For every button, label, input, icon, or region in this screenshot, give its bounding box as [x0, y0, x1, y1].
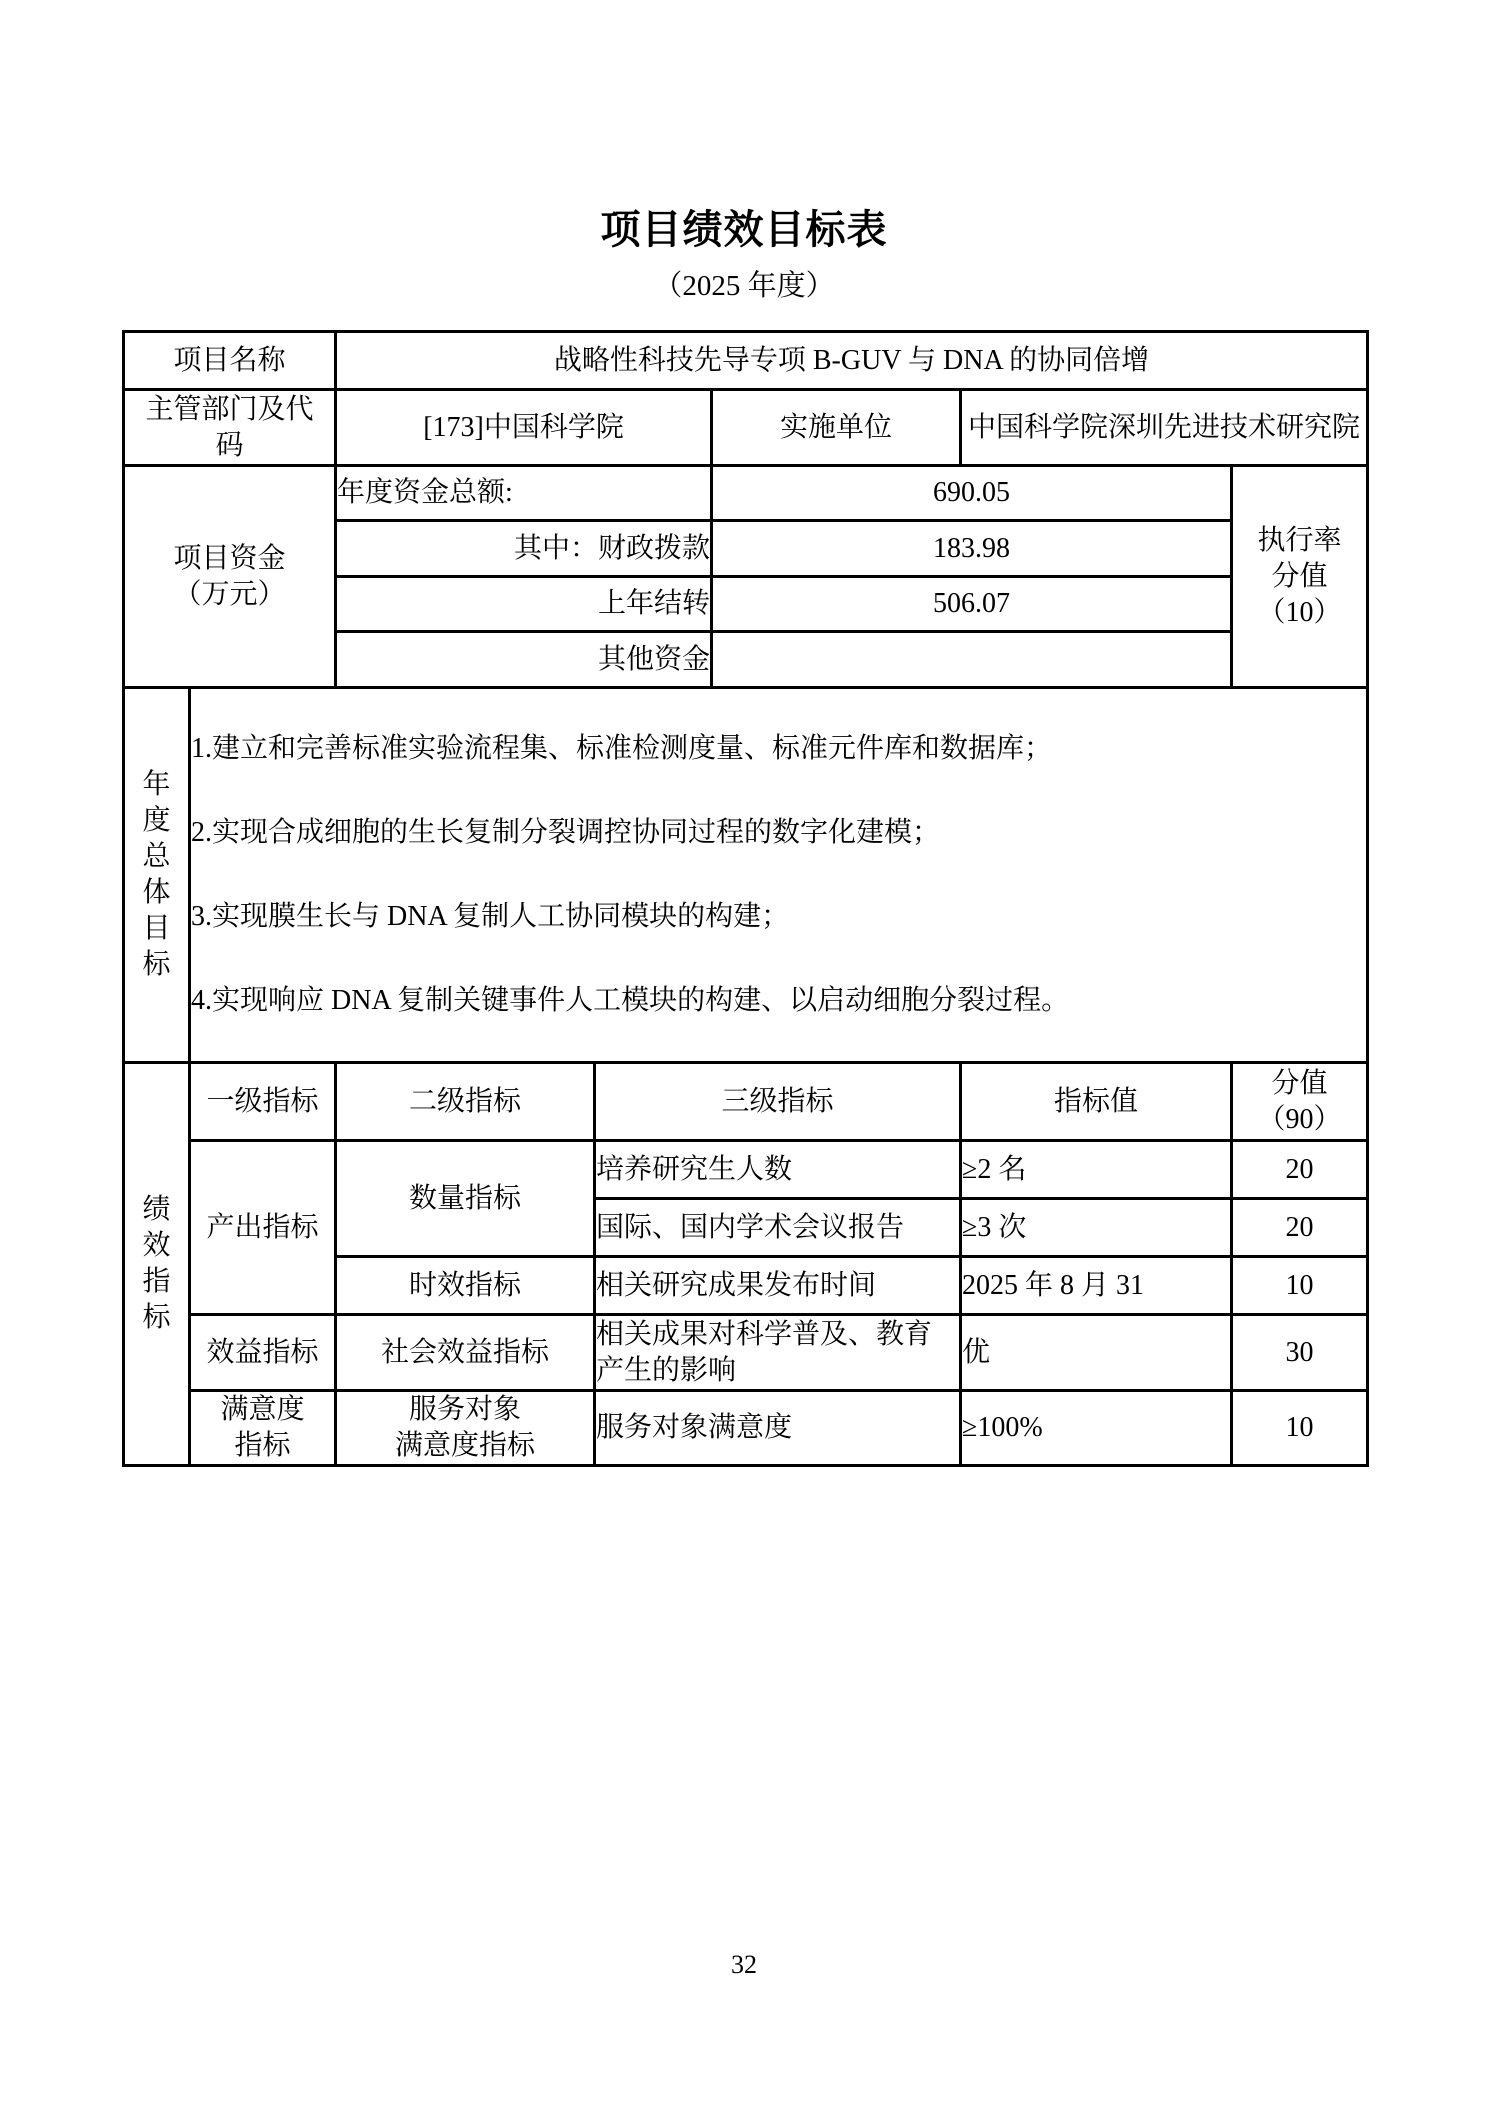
table-row: 主管部门及代 码 [173]中国科学院 实施单位 中国科学院深圳先进技术研究院	[124, 390, 1368, 466]
funds-other-label: 其他资金	[336, 632, 712, 688]
page-number: 32	[0, 1950, 1488, 1980]
indicators-label: 绩 效 指 标	[124, 1063, 190, 1466]
group-service-satisfaction: 服务对象 满意度指标	[336, 1391, 595, 1466]
table-row: 效益指标 社会效益指标 相关成果对科学普及、教育 产生的影响 优 30	[124, 1315, 1368, 1391]
page-subtitle: （2025 年度）	[0, 266, 1488, 306]
group-benefit: 效益指标	[190, 1315, 336, 1391]
annual-goal-label: 年 度 总 体 目 标	[124, 688, 190, 1063]
indicator-l3: 相关成果对科学普及、教育 产生的影响	[595, 1315, 961, 1391]
indicator-value: ≥100%	[961, 1391, 1232, 1466]
funds-other-value	[712, 632, 1232, 688]
annual-goal-text: 1.建立和完善标准实验流程集、标准检测度量、标准元件库和数据库； 2.实现合成细…	[190, 688, 1368, 1063]
group-timeliness: 时效指标	[336, 1257, 595, 1315]
table-row: 项目名称 战略性科技先导专项 B-GUV 与 DNA 的协同倍增	[124, 332, 1368, 390]
header-level1: 一级指标	[190, 1063, 336, 1141]
page-title: 项目绩效目标表	[0, 206, 1488, 254]
indicator-l3: 培养研究生人数	[595, 1141, 961, 1199]
project-name-value: 战略性科技先导专项 B-GUV 与 DNA 的协同倍增	[336, 332, 1368, 390]
funds-fiscal-value: 183.98	[712, 521, 1232, 577]
goal-line: 4.实现响应 DNA 复制关键事件人工模块的构建、以启动细胞分裂过程。	[191, 977, 1366, 1025]
indicator-value: 优	[961, 1315, 1232, 1391]
goal-line: 3.实现膜生长与 DNA 复制人工协同模块的构建；	[191, 893, 1366, 941]
indicator-score: 20	[1232, 1141, 1368, 1199]
indicator-score: 20	[1232, 1199, 1368, 1257]
indicator-score: 10	[1232, 1257, 1368, 1315]
goal-line: 1.建立和完善标准实验流程集、标准检测度量、标准元件库和数据库；	[191, 725, 1366, 773]
indicator-score: 10	[1232, 1391, 1368, 1466]
funds-carryover-label: 上年结转	[336, 577, 712, 632]
funds-carryover-value: 506.07	[712, 577, 1232, 632]
table-row: 项目资金 （万元） 年度资金总额: 690.05 执行率 分值 （10）	[124, 466, 1368, 521]
header-indicator-value: 指标值	[961, 1063, 1232, 1141]
exec-rate-score-label: 执行率 分值 （10）	[1232, 466, 1368, 688]
indicator-l3: 国际、国内学术会议报告	[595, 1199, 961, 1257]
header-score: 分值 （90）	[1232, 1063, 1368, 1141]
dept-label: 主管部门及代 码	[124, 390, 336, 466]
dept-code-value: [173]中国科学院	[336, 390, 712, 466]
group-satisfaction: 满意度 指标	[190, 1391, 336, 1466]
funds-total-value: 690.05	[712, 466, 1232, 521]
group-output: 产出指标	[190, 1141, 336, 1315]
goal-line: 2.实现合成细胞的生长复制分裂调控协同过程的数字化建模；	[191, 809, 1366, 857]
indicator-value: ≥2 名	[961, 1141, 1232, 1199]
table-row: 年 度 总 体 目 标 1.建立和完善标准实验流程集、标准检测度量、标准元件库和…	[124, 688, 1368, 1063]
impl-unit-value: 中国科学院深圳先进技术研究院	[961, 390, 1368, 466]
indicator-l3: 相关研究成果发布时间	[595, 1257, 961, 1315]
project-name-label: 项目名称	[124, 332, 336, 390]
funds-fiscal-label: 其中：财政拨款	[336, 521, 712, 577]
impl-unit-label: 实施单位	[712, 390, 961, 466]
indicator-value: 2025 年 8 月 31	[961, 1257, 1232, 1315]
group-social-benefit: 社会效益指标	[336, 1315, 595, 1391]
document-page: 项目绩效目标表 （2025 年度） 项目名称 战略性科技先导专项 B-GUV 与…	[0, 0, 1488, 2104]
performance-target-table: 项目名称 战略性科技先导专项 B-GUV 与 DNA 的协同倍增 主管部门及代 …	[122, 330, 1369, 1467]
group-quantity: 数量指标	[336, 1141, 595, 1257]
indicator-score: 30	[1232, 1315, 1368, 1391]
header-level2: 二级指标	[336, 1063, 595, 1141]
funds-total-label: 年度资金总额:	[336, 466, 712, 521]
table-row: 满意度 指标 服务对象 满意度指标 服务对象满意度 ≥100% 10	[124, 1391, 1368, 1466]
funds-label: 项目资金 （万元）	[124, 466, 336, 688]
table-row: 绩 效 指 标 一级指标 二级指标 三级指标 指标值 分值 （90）	[124, 1063, 1368, 1141]
indicator-value: ≥3 次	[961, 1199, 1232, 1257]
indicator-l3: 服务对象满意度	[595, 1391, 961, 1466]
header-level3: 三级指标	[595, 1063, 961, 1141]
table-row: 产出指标 数量指标 培养研究生人数 ≥2 名 20	[124, 1141, 1368, 1199]
